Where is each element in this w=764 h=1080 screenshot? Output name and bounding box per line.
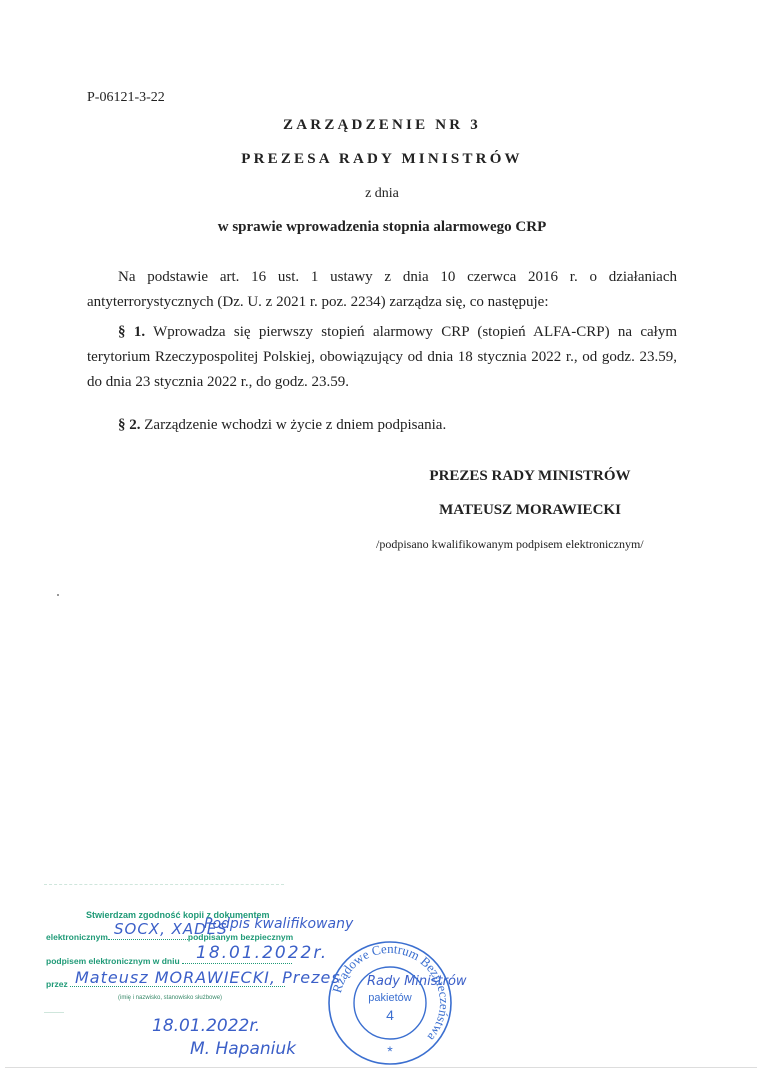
section-1-paragraph: § 1. Wprowadza się pierwszy stopień alar… <box>87 320 677 395</box>
scan-speck <box>57 594 59 596</box>
stamp-line-2-prefix: elektronicznym <box>46 932 108 942</box>
document-issuer: PREZESA RADY MINISTRÓW <box>0 151 764 168</box>
handwritten-signer: Mateusz MORAWIECKI, Prezes <box>75 968 341 987</box>
official-seal-icon: Rządowe Centrum Bezpieczeństwa pakietów … <box>325 938 455 1068</box>
signatory-title: PREZES RADY MINISTRÓW <box>380 468 680 485</box>
stamp-line-4-prefix: przez <box>46 979 68 989</box>
document-date-line: z dnia <box>0 186 764 202</box>
signature-note: /podpisano kwalifikowanym podpisem elekt… <box>376 537 644 552</box>
stamp-bottom-rule <box>44 1012 64 1013</box>
stamp-line-5: (imię i nazwisko, stanowisko służbowe) <box>118 995 222 1001</box>
document-title: ZARZĄDZENIE NR 3 <box>0 117 764 134</box>
stamp-blank-format <box>108 939 188 940</box>
page-bottom-edge <box>5 1067 757 1068</box>
signatory-name: MATEUSZ MORAWIECKI <box>380 502 680 519</box>
seal-inner-text: pakietów <box>368 992 411 1004</box>
section-1-text: Wprowadza się pierwszy stopień alarmowy … <box>87 324 677 390</box>
stamp-top-rule <box>44 884 284 885</box>
seal-number: 4 <box>386 1007 394 1023</box>
handwritten-date: 18.01.2022r. <box>196 943 328 963</box>
document-reference: P-06121-3-22 <box>87 90 165 106</box>
section-2-label: § 2. <box>118 417 141 433</box>
section-2-text: Zarządzenie wchodzi w życie z dniem podp… <box>141 417 447 433</box>
section-2-paragraph: § 2. Zarządzenie wchodzi w życie z dniem… <box>87 413 677 438</box>
preamble-paragraph: Na podstawie art. 16 ust. 1 ustawy z dni… <box>87 265 677 315</box>
stamp-line-3-prefix: podpisem elektronicznym w dniu <box>46 956 180 966</box>
document-subject: w sprawie wprowadzenia stopnia alarmoweg… <box>0 219 764 236</box>
handwritten-certifier-signature: M. Hapaniuk <box>190 1039 296 1059</box>
stamp-blank-date <box>182 963 292 964</box>
section-1-label: § 1. <box>118 324 145 340</box>
handwritten-signature-type: Podpis kwalifikowany <box>204 916 353 932</box>
handwritten-cert-date: 18.01.2022r. <box>152 1016 260 1036</box>
seal-star-icon: * <box>387 1043 393 1059</box>
